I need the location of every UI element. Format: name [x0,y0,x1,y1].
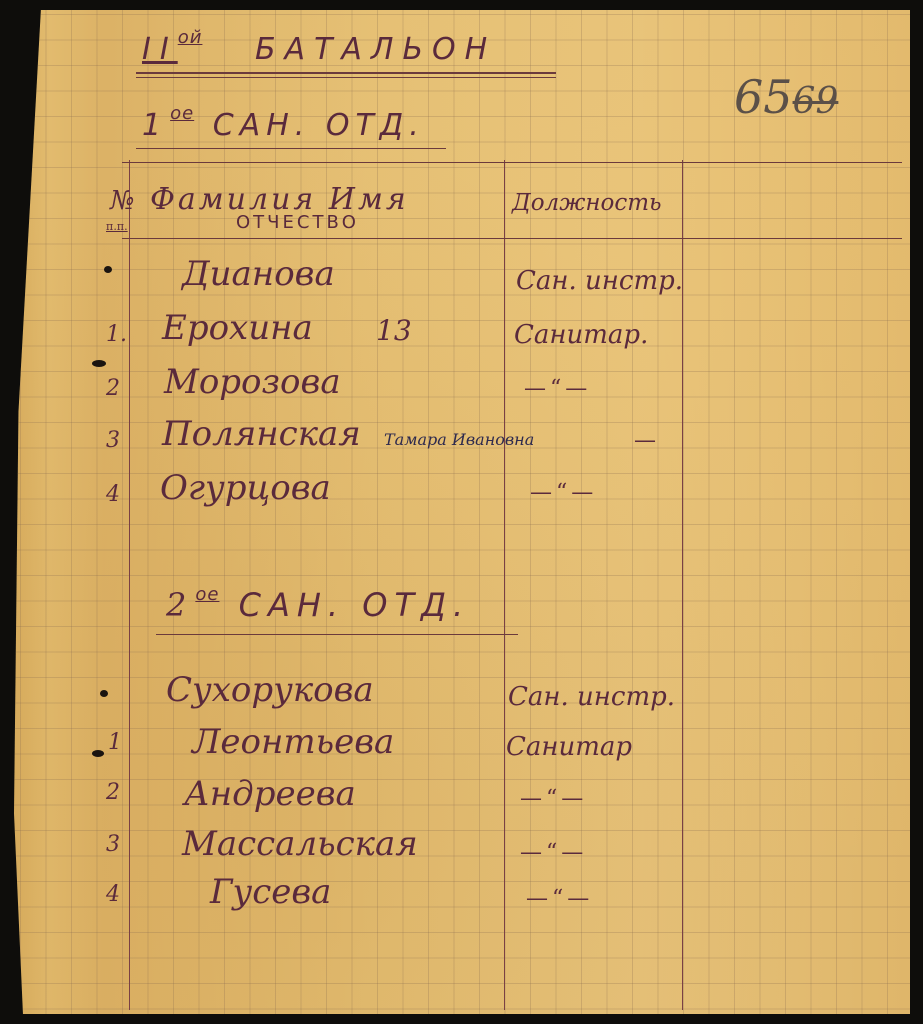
column-divider [504,160,505,1010]
archive-number-value: 65 [734,70,793,124]
position-column-header: Должность [512,190,662,216]
row-number: 3 [106,832,120,857]
battalion-roman-numeral: II [142,32,178,67]
row-number: 1. [106,322,127,347]
section-1-suffix: ое [170,103,194,124]
roster-position-ditto: —“— [526,886,593,911]
punch-mark [104,266,112,273]
punch-mark [100,690,108,697]
punch-mark [92,360,106,367]
margin-line [129,160,130,1010]
roster-position: Санитар. [514,320,648,350]
section-2-suffix: ое [195,584,219,605]
document-page: IIой БАТАЛЬОН 6569 1ое САН. ОТД. № п.п. … [14,10,910,1014]
graph-paper-grid [14,10,910,1014]
roster-position: Сан. инстр. [508,682,675,712]
section-1-title: САН. ОТД. [213,108,425,143]
heading-underline [136,72,556,74]
roster-name: Гусева [210,872,331,912]
roster-name: Массальская [182,824,418,864]
roster-position-ditto: —“— [520,786,587,811]
roster-position-ditto: — [634,428,656,453]
row-number: 1 [108,730,122,755]
section-2-title: САН. ОТД. [239,586,471,624]
roster-name: Огурцова [160,468,331,508]
row-number: 3 [106,428,120,453]
section-2-underline [156,634,518,635]
roster-name: Морозова [164,362,341,402]
row-number: 4 [106,882,120,907]
section-1-number: 1 [142,108,170,143]
section-1-underline [136,148,446,149]
name-column-subheader: Отчество [236,212,359,233]
roster-name: Ерохина [162,308,313,348]
battalion-heading: IIой БАТАЛЬОН [142,32,496,67]
archive-number-struck: 69 [793,81,839,122]
battalion-suffix: ой [178,27,203,48]
heading-underline [136,77,556,78]
roster-patronymic-note: Тамара Ивановна [384,430,534,449]
roster-position: Сан. инстр. [516,266,683,296]
roster-position-ditto: —“— [530,480,597,505]
section-1-label: 1ое САН. ОТД. [142,108,425,143]
roster-name: Полянская [162,414,361,454]
roster-name: Сухорукова [166,670,374,710]
row-number: 4 [106,482,120,507]
section-2-number: 2 [166,586,195,624]
archive-number: 6569 [734,70,838,124]
table-header-rule [122,238,902,239]
table-top-rule [122,162,902,163]
battalion-title: БАТАЛЬОН [255,32,496,67]
row-number: 2 [106,780,120,805]
roster-note: 13 [376,314,412,347]
number-column-header: № [110,186,135,216]
roster-name: Дианова [182,254,335,294]
section-2-label: 2ое САН. ОТД. [166,586,470,624]
row-number: 2 [106,376,120,401]
roster-name: Андреева [184,774,356,814]
roster-position-ditto: —“— [520,840,587,865]
roster-position: Санитар [506,732,632,762]
roster-name: Леонтьева [192,722,394,762]
roster-position-ditto: —“— [524,376,591,401]
punch-mark [92,750,104,757]
number-column-subheader: п.п. [106,220,128,233]
